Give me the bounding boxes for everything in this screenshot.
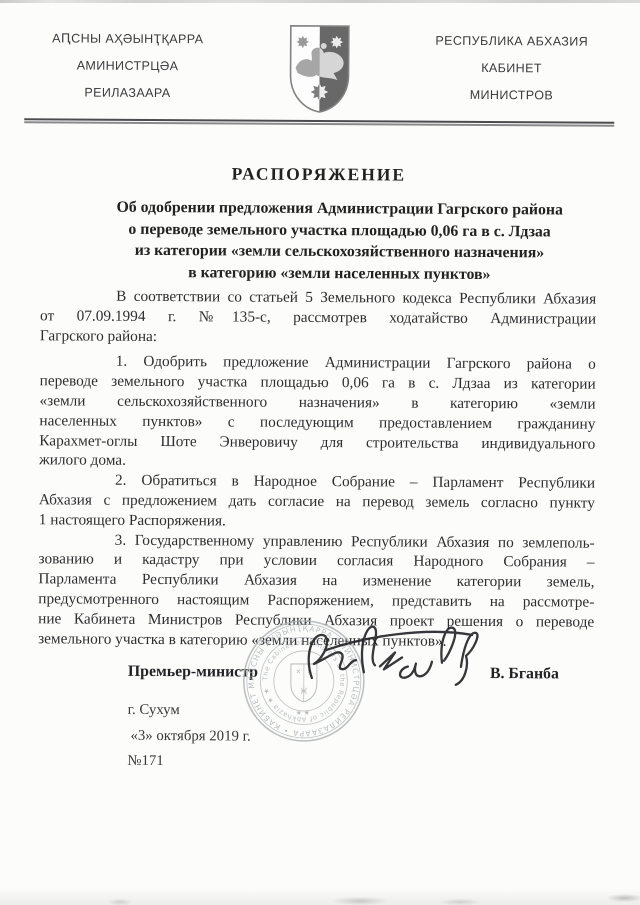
letterhead-left-abkhaz: АԤСНЫ АҲӘЫНҬҚАРРА АМИНИСТРЦӘА РЕИЛАЗААРА — [21, 25, 233, 107]
letterhead-line: АԤСНЫ АҲӘЫНҬҚАРРА — [22, 25, 234, 53]
signer-name: В. Бганба — [490, 665, 559, 683]
letterhead: АԤСНЫ АҲӘЫНҬҚАРРА АМИНИСТРЦӘА РЕИЛАЗААРА — [21, 25, 618, 117]
svg-text:★ ★: ★ ★ — [296, 709, 310, 717]
letterhead-right-russian: РЕСПУБЛИКА АБХАЗИЯ КАБИНЕТ МИНИСТРОВ — [405, 28, 617, 110]
letterhead-line: КАБИНЕТ — [406, 55, 618, 83]
document-title: РАСПОРЯЖЕНИЕ — [0, 162, 639, 187]
signer-post: Премьер-министр — [128, 663, 258, 682]
letterhead-divider — [24, 118, 614, 127]
body-line: Гагрского района: — [40, 326, 596, 349]
document-body: В соответствии со статьей 5 Земельного к… — [38, 286, 596, 652]
paragraph: 2. Обратиться в Народное Собрание – Парл… — [39, 470, 595, 533]
body-line: 1 настоящего Распоряжения. — [39, 510, 595, 533]
body-line: населенных пунктов» с последующим предос… — [39, 411, 595, 434]
handwritten-signature — [296, 610, 487, 711]
paragraph: В соответствии со статьей 5 Земельного к… — [40, 286, 596, 349]
document-sheet: АԤСНЫ АҲӘЫНҬҚАРРА АМИНИСТРЦӘА РЕИЛАЗААРА — [0, 0, 640, 905]
abkhazia-coat-of-arms-icon — [286, 23, 353, 115]
letterhead-line: АМИНИСТРЦӘА — [22, 52, 234, 80]
scanned-decree-page: АԤСНЫ АҲӘЫНҬҚАРРА АМИНИСТРЦӘА РЕИЛАЗААРА — [0, 0, 640, 905]
meta-date: «3» октября 2019 г. — [130, 724, 635, 752]
document-subject: Об одобрении предложения Администрации Г… — [19, 196, 640, 286]
paragraph: 1. Одобрить предложение Администрации Га… — [39, 352, 596, 474]
letterhead-line: РЕИЛАЗААРА — [21, 79, 233, 107]
letterhead-line: МИНИСТРОВ — [405, 82, 617, 110]
subject-line: в категорию «земли населенных пунктов» — [19, 261, 640, 286]
scan-artifact-top — [0, 0, 640, 3]
meta-number: №171 — [127, 749, 635, 778]
letterhead-line: РЕСПУБЛИКА АБХАЗИЯ — [406, 28, 618, 56]
